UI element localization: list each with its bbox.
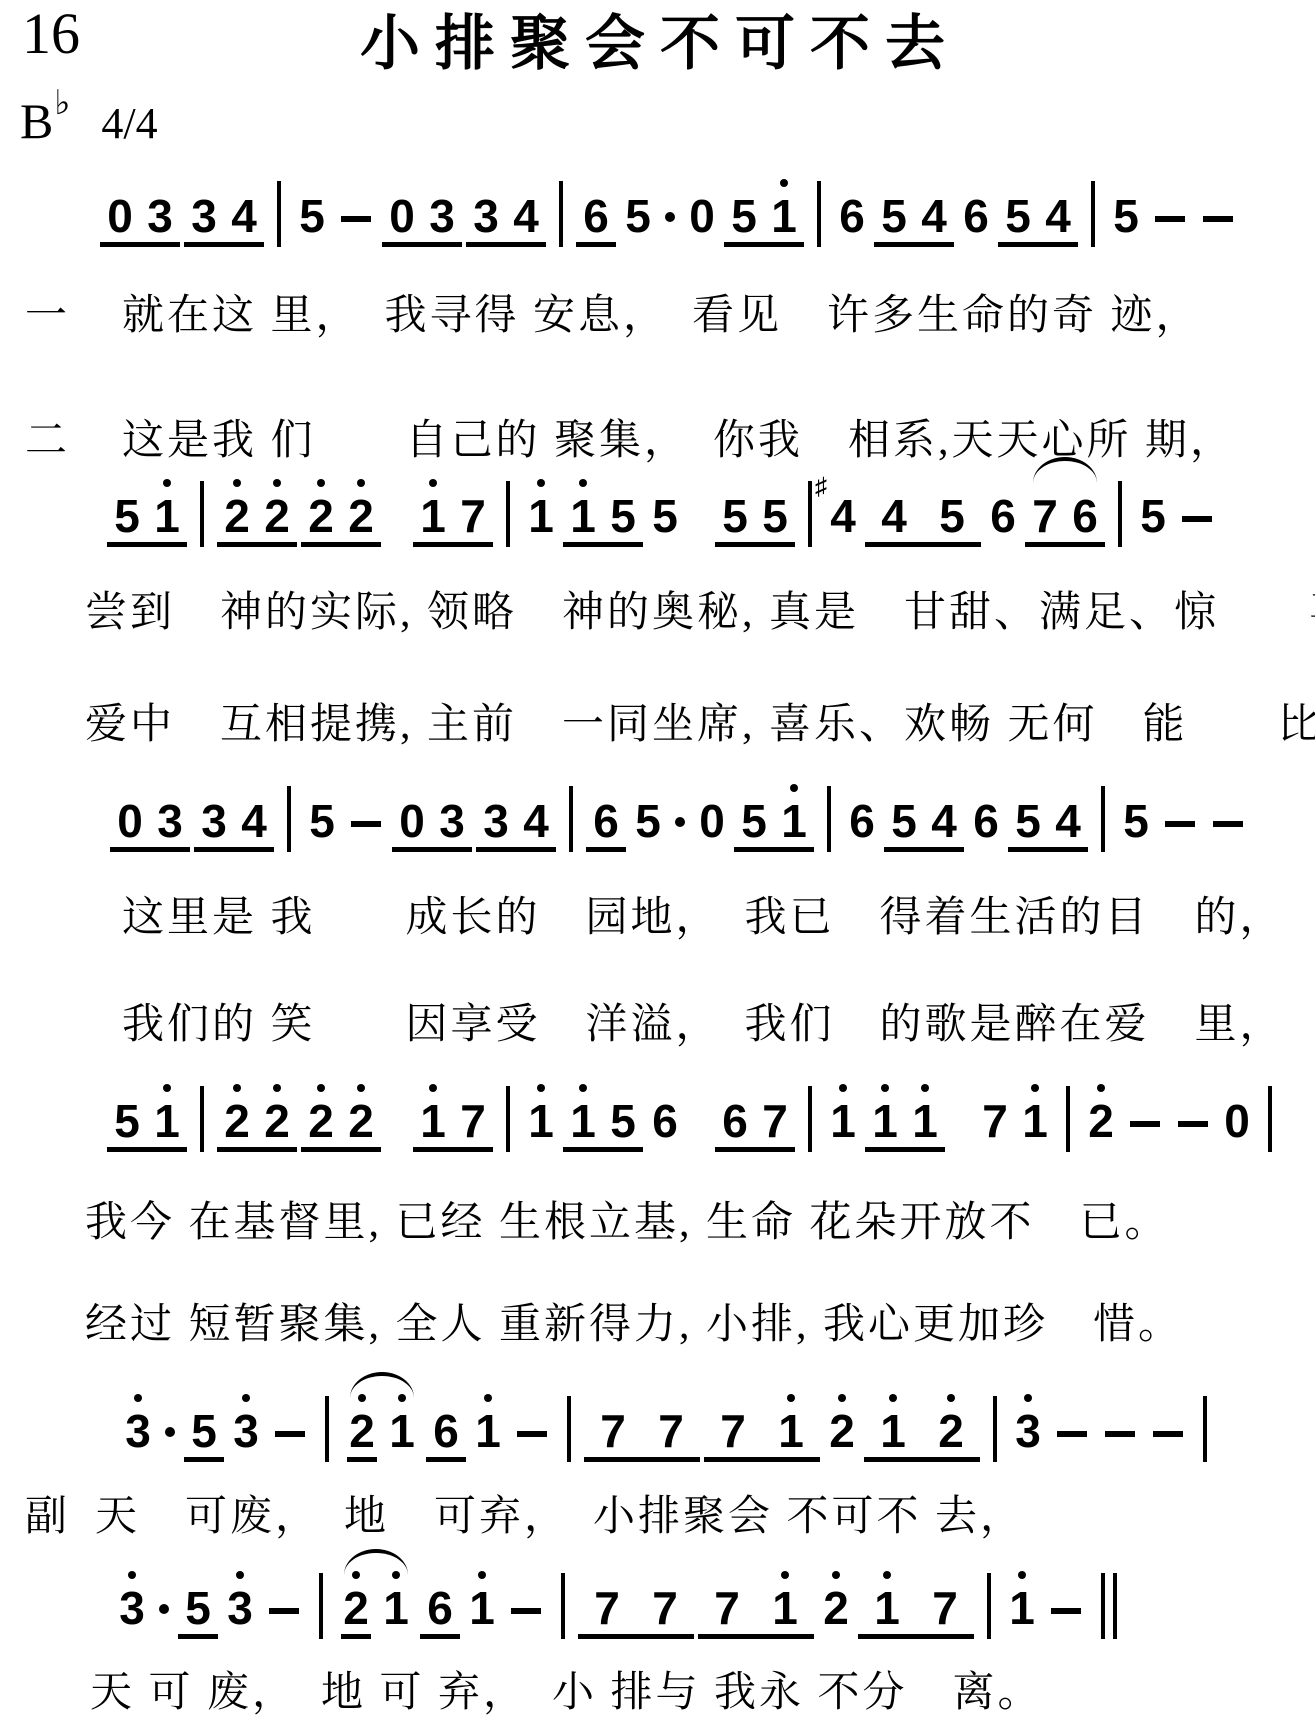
note: 5: [608, 1098, 638, 1144]
note-group: 34: [194, 798, 274, 852]
note: 6: [431, 1408, 461, 1454]
note-group: 34: [466, 193, 546, 247]
note: 2: [1086, 1098, 1116, 1152]
note: 7: [980, 1098, 1010, 1152]
verse-marker: 副: [25, 1492, 70, 1542]
note-group: 6: [420, 1585, 460, 1639]
note: 0: [697, 798, 727, 852]
note: 4: [929, 798, 959, 844]
note-group: 15: [563, 493, 643, 547]
verse-marker: 二: [25, 416, 70, 466]
note-group: 6: [586, 798, 626, 852]
note: 2: [341, 1585, 371, 1639]
note: 2: [827, 1408, 857, 1462]
duration-dash: [1153, 1431, 1183, 1437]
bar-line: [817, 181, 821, 247]
note: 2: [222, 1098, 252, 1144]
note: 4: [1053, 798, 1083, 844]
note: 2: [306, 493, 336, 539]
note: 5: [1111, 193, 1141, 247]
note: 3: [427, 193, 457, 239]
duration-dash: [269, 1608, 299, 1614]
note: 4: [919, 193, 949, 239]
duration-dash: [1051, 1608, 1081, 1614]
bar-line: [1101, 786, 1105, 852]
note-group: 11: [865, 1098, 945, 1152]
note: 0: [687, 193, 717, 247]
note: 3: [123, 1408, 153, 1462]
note: 7: [656, 1408, 686, 1454]
note: 1: [878, 1408, 908, 1454]
bar-line: [559, 181, 563, 247]
note: 1: [870, 1098, 900, 1144]
bar-line: [1091, 181, 1095, 247]
note: 5: [760, 493, 790, 539]
note: 2: [262, 1098, 292, 1144]
note: 3: [437, 798, 467, 844]
note: 7: [650, 1585, 680, 1631]
note: 5: [889, 798, 919, 844]
dotted-note-dot: [159, 1604, 169, 1614]
bar-line: [808, 481, 812, 547]
music-line: 512222171155554456765: [105, 477, 1221, 547]
bar-line: [506, 481, 510, 547]
duration-dash: [1165, 821, 1195, 827]
note: 0: [105, 193, 135, 239]
note-group: 51: [107, 1098, 187, 1152]
note-group: 5: [184, 1408, 224, 1462]
note-group: 6: [426, 1408, 466, 1462]
lyric-line: 天 可 废， 地 可 弃， 小 排与 我永 不分 离。: [90, 1668, 1043, 1718]
slur-note-group: 76: [1025, 493, 1105, 547]
note: 1: [387, 1408, 417, 1462]
note: 3: [471, 193, 501, 239]
note-group: 71: [698, 1585, 814, 1639]
note: 5: [183, 1585, 213, 1631]
note: 0: [387, 193, 417, 239]
note: 5: [1121, 798, 1151, 852]
slur-note-group: 21: [342, 1408, 422, 1462]
bar-line: [287, 786, 291, 852]
note: 4: [828, 493, 858, 547]
bar-line: [506, 1086, 510, 1152]
duration-dash: [511, 1608, 541, 1614]
note: 7: [760, 1098, 790, 1144]
note: 6: [591, 798, 621, 844]
note: 6: [961, 193, 991, 247]
note: 2: [346, 493, 376, 539]
duration-dash: [341, 216, 371, 222]
note-group: 22: [217, 493, 297, 547]
time-signature: 4/4: [101, 98, 157, 149]
note: 5: [112, 493, 142, 539]
note: 4: [521, 798, 551, 844]
note-group: 15: [563, 1098, 643, 1152]
note: 5: [1013, 798, 1043, 844]
note-group: 54: [874, 193, 954, 247]
bar-line: [569, 786, 573, 852]
note: 5: [608, 493, 638, 539]
note: 7: [598, 1408, 628, 1454]
note: 6: [425, 1585, 455, 1631]
song-title: 小排聚会不可不去: [360, 0, 960, 82]
note: 1: [872, 1585, 902, 1631]
note-group: 03: [392, 798, 472, 852]
note-group: 03: [100, 193, 180, 247]
note: 5: [650, 493, 680, 547]
lyric-line: 尝到 神的实际, 领略 神的奥秘, 真是 甘甜、满足、惊 喜;: [85, 588, 1315, 638]
note: 2: [346, 1098, 376, 1144]
lyric-line: 这是我 们 自己的 聚集， 你我 相系,天天心所 期，: [122, 416, 1235, 466]
note: 2: [347, 1408, 377, 1462]
duration-dash: [1203, 216, 1233, 222]
duration-dash: [1178, 1121, 1208, 1127]
duration-dash: [275, 1431, 305, 1437]
note: 1: [769, 193, 799, 239]
note-group: 45: [865, 493, 981, 547]
bar-line: [1268, 1086, 1272, 1152]
note: 3: [231, 1408, 261, 1462]
note: 1: [568, 493, 598, 539]
flat-icon: ♭: [54, 83, 70, 123]
note: 1: [473, 1408, 503, 1462]
lyric-line: 就在这 里， 我寻得 安息， 看见 许多生命的奇 迹，: [122, 291, 1201, 341]
note-group: 03: [382, 193, 462, 247]
note: 7: [930, 1585, 960, 1631]
note: 5: [189, 1408, 219, 1454]
note-group: 51: [107, 493, 187, 547]
note: 5: [623, 193, 653, 247]
note: 6: [581, 193, 611, 239]
note: 6: [971, 798, 1001, 852]
note: 1: [418, 493, 448, 539]
duration-dash: [517, 1431, 547, 1437]
note-group: 54: [1008, 798, 1088, 852]
note-group: 34: [184, 193, 264, 247]
note: 7: [458, 1098, 488, 1144]
note: 5: [739, 798, 769, 844]
note: 1: [779, 798, 809, 844]
duration-dash: [1057, 1431, 1087, 1437]
note-group: 55: [715, 493, 795, 547]
bar-line: [1118, 481, 1122, 547]
note-group: 34: [476, 798, 556, 852]
key-letter: B: [20, 92, 53, 150]
lyric-line: 爱中 互相提携, 主前 一同坐席, 喜乐、欢畅 无何 能 比;: [85, 700, 1315, 750]
note: 0: [115, 798, 145, 844]
lyric-line: 天 可废， 地 可弃， 小排聚会 不可不 去，: [95, 1492, 1025, 1542]
sheet-music-page: 16 小排聚会不可不去 B♭ 4/4 033450334650516546545…: [0, 0, 1315, 1733]
note: 2: [821, 1585, 851, 1639]
note: 5: [937, 493, 967, 539]
note: 2: [936, 1408, 966, 1454]
note-group: 17: [858, 1585, 974, 1639]
note: 1: [776, 1408, 806, 1454]
note-group: 6: [576, 193, 616, 247]
note-group: 22: [301, 493, 381, 547]
note: 5: [297, 193, 327, 247]
note: 4: [239, 798, 269, 844]
music-line: 353216177712171: [112, 1569, 1128, 1639]
note: 7: [592, 1585, 622, 1631]
bar-line: [319, 1573, 323, 1639]
note: 1: [526, 1098, 556, 1152]
music-line: 033450334650516546545: [108, 782, 1252, 852]
lyric-line: 我们的 笑 因享受 洋溢， 我们 的歌是醉在爱 里，: [122, 1000, 1285, 1050]
note: 4: [511, 193, 541, 239]
note-group: 77: [584, 1408, 700, 1462]
note: 7: [718, 1408, 748, 1454]
note: 6: [847, 798, 877, 852]
note-group: 67: [715, 1098, 795, 1152]
slur-note-group: 21: [336, 1585, 416, 1639]
note: 0: [1222, 1098, 1252, 1152]
note-group: 22: [217, 1098, 297, 1152]
music-line: 353216177712123: [118, 1392, 1218, 1462]
bar-line: [277, 181, 281, 247]
dotted-note-dot: [665, 212, 675, 222]
lyric-line: 这里是 我 成长的 园地， 我已 得着生活的目 的，: [122, 893, 1285, 943]
note: 1: [770, 1585, 800, 1631]
note: 1: [152, 1098, 182, 1144]
note: 4: [879, 493, 909, 539]
note: 3: [225, 1585, 255, 1639]
note-group: 51: [734, 798, 814, 852]
note: 3: [145, 193, 175, 239]
bar-line: [567, 1396, 571, 1462]
note: 6: [650, 1098, 680, 1152]
note-group: 17: [413, 493, 493, 547]
bar-line: [561, 1573, 565, 1639]
note: 5: [729, 193, 759, 239]
note-group: 22: [301, 1098, 381, 1152]
duration-dash: [1130, 1121, 1160, 1127]
bar-line: [1066, 1086, 1070, 1152]
key-signature: B♭ 4/4: [20, 92, 158, 150]
note: 1: [910, 1098, 940, 1144]
note: 0: [397, 798, 427, 844]
note: 2: [306, 1098, 336, 1144]
note: 1: [1020, 1098, 1050, 1152]
note: 2: [222, 493, 252, 539]
note-group: 54: [998, 193, 1078, 247]
note: 4: [229, 193, 259, 239]
bar-line: [200, 1086, 204, 1152]
note: 1: [152, 493, 182, 539]
dotted-note-dot: [165, 1427, 175, 1437]
note-group: 54: [884, 798, 964, 852]
note: 5: [1138, 493, 1168, 547]
note: 2: [262, 493, 292, 539]
note-group: 03: [110, 798, 190, 852]
note-group: 71: [704, 1408, 820, 1462]
note: 1: [467, 1585, 497, 1639]
duration-dash: [1155, 216, 1185, 222]
note: 7: [712, 1585, 742, 1631]
note: 6: [1070, 493, 1100, 539]
note: 3: [155, 798, 185, 844]
note: 3: [199, 798, 229, 844]
note: 1: [828, 1098, 858, 1152]
note: 5: [307, 798, 337, 852]
note: 5: [633, 798, 663, 852]
music-line: 512222171156671117120: [105, 1082, 1283, 1152]
note-group: 12: [864, 1408, 980, 1462]
note-group: 17: [413, 1098, 493, 1152]
duration-dash: [1105, 1431, 1135, 1437]
duration-dash: [351, 821, 381, 827]
bar-line: [808, 1086, 812, 1152]
note: 1: [526, 493, 556, 547]
dotted-note-dot: [675, 817, 685, 827]
lyric-line: 经过 短暂聚集, 全人 重新得力, 小排, 我心更加珍 惜。: [85, 1300, 1183, 1350]
note-group: 77: [578, 1585, 694, 1639]
note: 3: [481, 798, 511, 844]
music-line: 033450334650516546545: [98, 177, 1242, 247]
bar-line: [325, 1396, 329, 1462]
bar-line: [827, 786, 831, 852]
bar-line: [200, 481, 204, 547]
note: 6: [720, 1098, 750, 1144]
note: 1: [381, 1585, 411, 1639]
duration-dash: [1182, 516, 1212, 522]
note: 3: [189, 193, 219, 239]
bar-line: [1203, 1396, 1207, 1462]
note: 7: [458, 493, 488, 539]
song-number: 16: [22, 0, 80, 67]
note: 1: [1007, 1585, 1037, 1639]
note: 6: [988, 493, 1018, 547]
note: 7: [1030, 493, 1060, 539]
note-group: 5: [178, 1585, 218, 1639]
final-bar-line: [1101, 1573, 1117, 1639]
note: 5: [1003, 193, 1033, 239]
note: 3: [117, 1585, 147, 1639]
note: 1: [418, 1098, 448, 1144]
note-group: 51: [724, 193, 804, 247]
note: 3: [1013, 1408, 1043, 1462]
verse-marker: 一: [25, 291, 70, 341]
note: 4: [1043, 193, 1073, 239]
note: 1: [568, 1098, 598, 1144]
bar-line: [987, 1573, 991, 1639]
lyric-line: 我今 在基督里, 已经 生根立基, 生命 花朵开放不 已。: [85, 1198, 1170, 1248]
duration-dash: [1213, 821, 1243, 827]
note: 5: [879, 193, 909, 239]
note: 5: [720, 493, 750, 539]
note: 6: [837, 193, 867, 247]
note: 5: [112, 1098, 142, 1144]
bar-line: [993, 1396, 997, 1462]
